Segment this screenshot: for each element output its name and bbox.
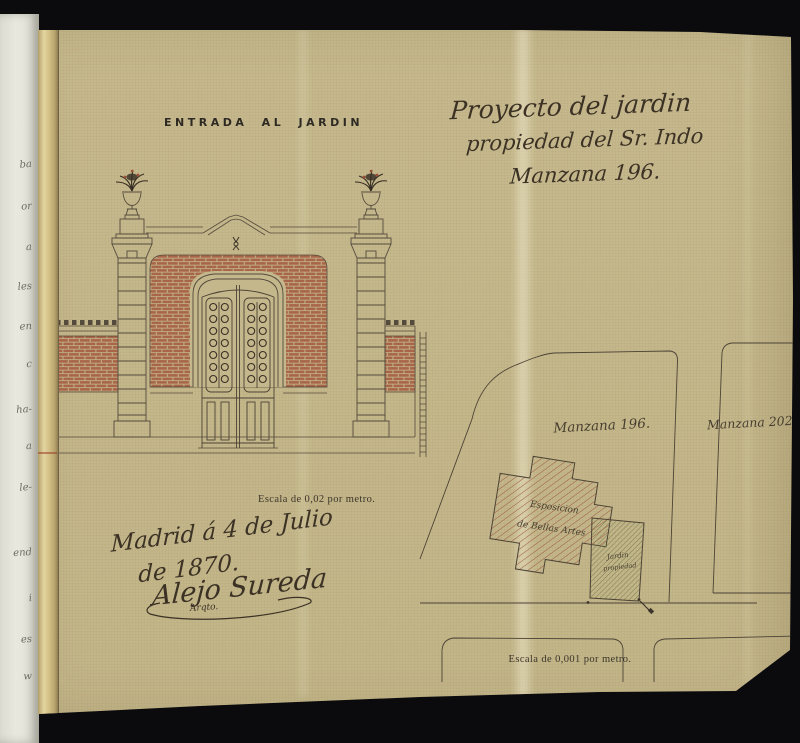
project-note-line3: Manzana 196. <box>509 159 661 188</box>
signature-flourish <box>140 588 325 628</box>
handwriting-fragment: en <box>0 321 32 334</box>
right-pillar <box>351 170 391 437</box>
site-plan-drawing: Manzana 196. Manzana 202. Esposicion de … <box>420 330 800 680</box>
handwriting-fragment: les <box>0 281 32 294</box>
elevation-title: ENTRADA AL JARDIN <box>164 116 363 129</box>
handwriting-fragment: end <box>0 547 32 560</box>
plan-scale-note: Escala de 0,001 por metro. <box>509 654 632 665</box>
handwriting-fragment: ba <box>0 159 32 172</box>
block-196-label: Manzana 196. <box>552 415 651 436</box>
project-note-line2: propiedad del Sr. Indo <box>465 124 704 156</box>
adjacent-page-strip: ba or a les en c ha- a le- end i es w <box>0 14 39 743</box>
lower-block-right-outline <box>654 636 800 682</box>
drawing-sheet: ENTRADA AL JARDIN Proyecto del jardin pr… <box>0 0 800 743</box>
project-note-line1: Proyecto del jardin <box>449 88 692 126</box>
handwriting-fragment: a <box>0 441 32 454</box>
handwriting-fragment: i <box>0 593 32 606</box>
handwriting-fragment: es <box>0 634 32 647</box>
gate-cornice-pediment <box>146 215 357 235</box>
handwriting-fragment: w <box>0 671 32 684</box>
pediment-ornament <box>233 237 239 250</box>
gate-elevation-drawing <box>30 160 428 460</box>
handwriting-fragment: or <box>0 201 32 214</box>
archive-scan: ba or a les en c ha- a le- end i es w EN… <box>0 0 800 743</box>
handwriting-fragment: a <box>0 242 32 255</box>
street-corner-marks <box>587 598 655 614</box>
brick-panel <box>150 255 327 387</box>
handwriting-fragment: c <box>0 359 32 372</box>
handwriting-fragment: ha- <box>0 404 32 417</box>
handwriting-fragment: le- <box>0 482 32 495</box>
garden-wall-right <box>385 320 415 437</box>
elevation-scale-note: Escala de 0,02 por metro. <box>258 494 375 505</box>
left-pillar <box>112 170 152 437</box>
sheet-fold-edge <box>38 29 59 714</box>
